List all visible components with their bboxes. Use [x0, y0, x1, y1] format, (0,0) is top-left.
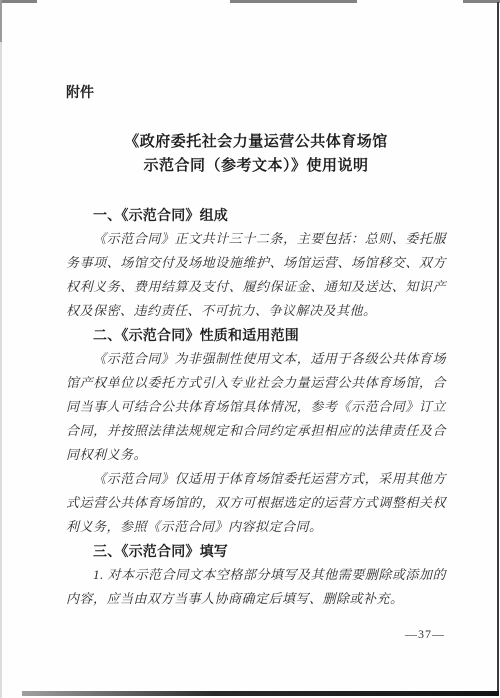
section-3-paragraph-1: 1. 对本示范合同文本空格部分填写及其他需要删除或添加的内容，应当由双方当事人协… — [66, 563, 446, 611]
section-2-heading: 二、《示范合同》性质和适用范围 — [66, 323, 446, 347]
section-1-heading: 一、《示范合同》组成 — [66, 203, 446, 227]
document-title-line-2: 示范合同（参考文本）》使用说明 — [66, 154, 446, 178]
section-1-paragraph-1: 《示范合同》正文共计三十二条，主要包括：总则、委托服务事项、场馆交付及场地设施维… — [66, 227, 446, 323]
scan-artifact-top-edge — [0, 0, 37, 3]
document-title: 《政府委托社会力量运营公共体育场馆 示范合同（参考文本）》使用说明 — [66, 130, 446, 178]
document-body: 一、《示范合同》组成 《示范合同》正文共计三十二条，主要包括：总则、委托服务事项… — [66, 203, 446, 611]
scan-artifact-right-edge — [497, 2, 499, 694]
scanned-document-page: 附件 《政府委托社会力量运营公共体育场馆 示范合同（参考文本）》使用说明 一、《… — [0, 0, 500, 698]
document-title-line-1: 《政府委托社会力量运营公共体育场馆 — [66, 130, 446, 154]
page-number: —37— — [405, 627, 445, 642]
scan-artifact-top-edge — [463, 0, 500, 3]
scan-artifact-left-edge — [0, 0, 2, 698]
section-2-paragraph-2: 《示范合同》仅适用于体育场馆委托运营方式，采用其他方式运营公共体育场馆的，双方可… — [66, 467, 446, 539]
section-3-heading: 三、《示范合同》填写 — [66, 539, 446, 563]
scan-artifact-top-edge — [230, 0, 357, 3]
scan-artifact-bottom-edge — [22, 691, 499, 696]
scan-artifact-left-edge — [0, 0, 2, 42]
attachment-label: 附件 — [66, 84, 94, 100]
section-2-paragraph-1: 《示范合同》为非强制性使用文本，适用于各级公共体育场馆产权单位以委托方式引入专业… — [66, 347, 446, 467]
